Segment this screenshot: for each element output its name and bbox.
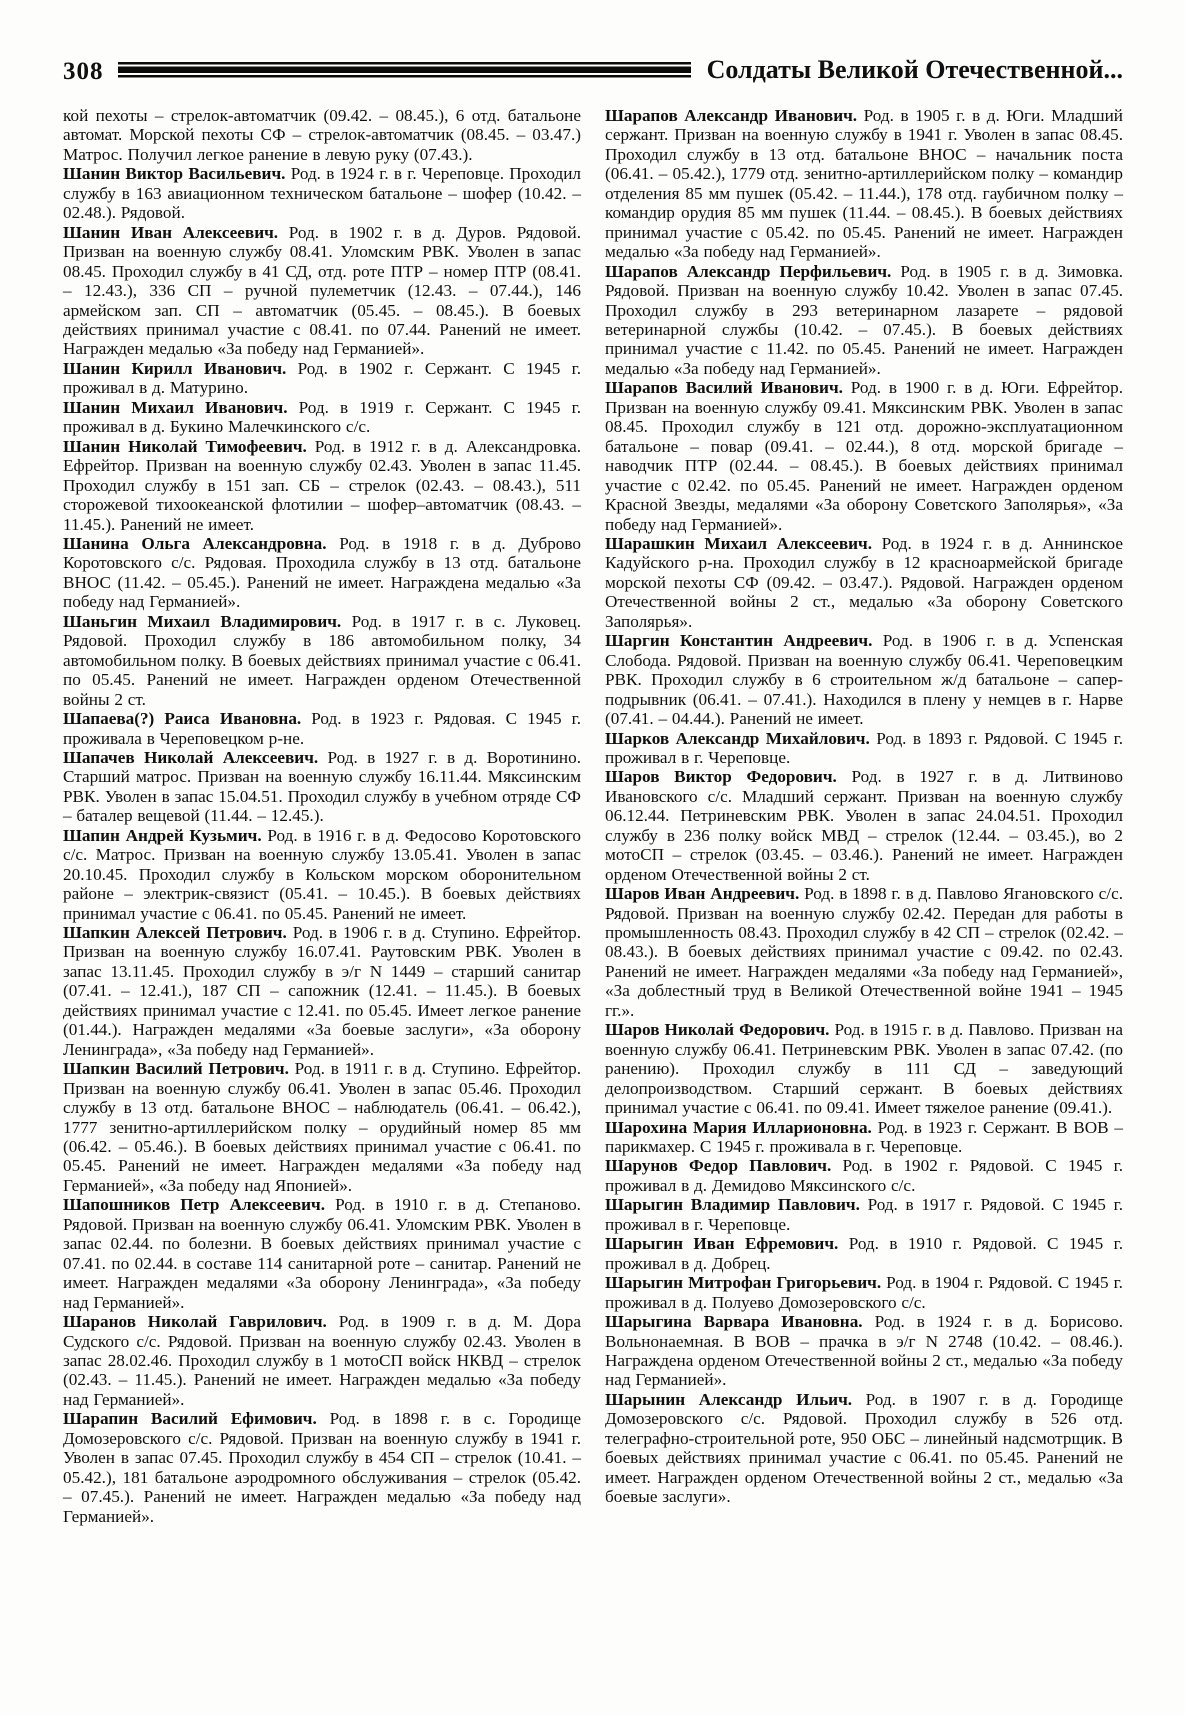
soldier-entry: Шанин Виктор Васильевич. Род. в 1924 г. … xyxy=(63,164,581,222)
soldier-entry: Шарыгина Варвара Ивановна. Род. в 1924 г… xyxy=(605,1312,1123,1390)
soldier-name: Шапкин Алексей Петрович. xyxy=(63,923,287,942)
soldier-name: Шапкин Василий Петрович. xyxy=(63,1059,289,1078)
text-columns: кой пехоты – стрелок-автоматчик (09.42. … xyxy=(63,106,1123,1526)
soldier-name: Шарунов Федор Павлович. xyxy=(605,1156,831,1175)
soldier-name: Шаньгин Михаил Владимирович. xyxy=(63,612,341,631)
soldier-entry: Шапаева(?) Раиса Ивановна. Род. в 1923 г… xyxy=(63,709,581,748)
soldier-entry: Шарапов Александр Иванович. Род. в 1905 … xyxy=(605,106,1123,262)
soldier-name: Шапаева(?) Раиса Ивановна. xyxy=(63,709,301,728)
soldier-entry: Шарыгин Митрофан Григорьевич. Род. в 190… xyxy=(605,1273,1123,1312)
soldier-bio-text: Род. в 1902 г. в д. Дуров. Рядовой. Приз… xyxy=(63,223,581,359)
soldier-name: Шанин Михаил Иванович. xyxy=(63,398,288,417)
soldier-entry: Шарыгин Иван Ефремович. Род. в 1910 г. Р… xyxy=(605,1234,1123,1273)
soldier-bio-text: Род. в 1900 г. в д. Юги. Ефрейтор. Призв… xyxy=(605,378,1123,533)
soldier-name: Шарыгин Владимир Павлович. xyxy=(605,1195,860,1214)
soldier-entry: Шарохина Мария Илларионовна. Род. в 1923… xyxy=(605,1118,1123,1157)
soldier-name: Шаров Виктор Федорович. xyxy=(605,767,837,786)
soldier-name: Шарапин Василий Ефимович. xyxy=(63,1409,317,1428)
soldier-entry: Шаров Иван Андреевич. Род. в 1898 г. в д… xyxy=(605,884,1123,1020)
soldier-name: Шаров Николай Федорович. xyxy=(605,1020,829,1039)
soldier-entry: Шанина Ольга Александровна. Род. в 1918 … xyxy=(63,534,581,612)
left-column: кой пехоты – стрелок-автоматчик (09.42. … xyxy=(63,106,581,1526)
soldier-entry: Шарынин Александр Ильич. Род. в 1907 г. … xyxy=(605,1390,1123,1507)
page-number: 308 xyxy=(63,58,104,86)
soldier-name: Шапачев Николай Алексеевич. xyxy=(63,748,318,767)
soldier-name: Шарапов Александр Иванович. xyxy=(605,106,857,125)
soldier-name: Шарапов Василий Иванович. xyxy=(605,378,843,397)
soldier-name: Шарохина Мария Илларионовна. xyxy=(605,1118,872,1137)
soldier-name: Шанина Ольга Александровна. xyxy=(63,534,327,553)
soldier-entry: Шарапов Александр Перфильевич. Род. в 19… xyxy=(605,262,1123,379)
soldier-entry: Шарапин Василий Ефимович. Род. в 1898 г.… xyxy=(63,1409,581,1526)
header-rule xyxy=(118,62,691,78)
soldier-bio-text: Род. в 1898 г. в д. Павлово Ягановского … xyxy=(605,884,1123,1020)
page-header: 308 Солдаты Великой Отечественной... xyxy=(63,52,1123,88)
soldier-entry: Шаров Виктор Федорович. Род. в 1927 г. в… xyxy=(605,767,1123,884)
soldier-bio-text: Род. в 1911 г. в д. Ступино. Ефрейтор. П… xyxy=(63,1059,581,1195)
soldier-name: Шапошников Петр Алексеевич. xyxy=(63,1195,325,1214)
soldier-name: Шанин Кирилл Иванович. xyxy=(63,359,286,378)
page-title: Солдаты Великой Отечественной... xyxy=(707,55,1123,85)
soldier-bio-text: Род. в 1905 г. в д. Юги. Младший сержант… xyxy=(605,106,1123,261)
soldier-entry: кой пехоты – стрелок-автоматчик (09.42. … xyxy=(63,106,581,164)
soldier-entry: Шарапов Василий Иванович. Род. в 1900 г.… xyxy=(605,378,1123,534)
soldier-name: Шанин Николай Тимофеевич. xyxy=(63,437,307,456)
soldier-name: Шаргин Константин Андреевич. xyxy=(605,631,872,650)
soldier-name: Шанин Виктор Васильевич. xyxy=(63,164,285,183)
soldier-entry: Шанин Иван Алексеевич. Род. в 1902 г. в … xyxy=(63,223,581,359)
soldier-name: Шарынин Александр Ильич. xyxy=(605,1390,852,1409)
soldier-entry: Шапачев Николай Алексеевич. Род. в 1927 … xyxy=(63,748,581,826)
soldier-name: Шанин Иван Алексеевич. xyxy=(63,223,278,242)
soldier-name: Шарыгин Митрофан Григорьевич. xyxy=(605,1273,881,1292)
soldier-name: Шаранов Николай Гаврилович. xyxy=(63,1312,327,1331)
soldier-entry: Шанин Николай Тимофеевич. Род. в 1912 г.… xyxy=(63,437,581,534)
soldier-entry: Шапин Андрей Кузьмич. Род. в 1916 г. в д… xyxy=(63,826,581,923)
soldier-bio-text: кой пехоты – стрелок-автоматчик (09.42. … xyxy=(63,106,581,164)
soldier-entry: Шарашкин Михаил Алексеевич. Род. в 1924 … xyxy=(605,534,1123,631)
soldier-entry: Шаранов Николай Гаврилович. Род. в 1909 … xyxy=(63,1312,581,1409)
soldier-entry: Шаргин Константин Андреевич. Род. в 1906… xyxy=(605,631,1123,728)
soldier-bio-text: Род. в 1906 г. в д. Ступино. Ефрейтор. П… xyxy=(63,923,581,1059)
soldier-entry: Шапкин Василий Петрович. Род. в 1911 г. … xyxy=(63,1059,581,1195)
soldier-name: Шарков Александр Михайлович. xyxy=(605,729,870,748)
soldier-entry: Шанин Михаил Иванович. Род. в 1919 г. Се… xyxy=(63,398,581,437)
soldier-name: Шарашкин Михаил Алексеевич. xyxy=(605,534,872,553)
soldier-entry: Шарунов Федор Павлович. Род. в 1902 г. Р… xyxy=(605,1156,1123,1195)
soldier-entry: Шаньгин Михаил Владимирович. Род. в 1917… xyxy=(63,612,581,709)
soldier-entry: Шанин Кирилл Иванович. Род. в 1902 г. Се… xyxy=(63,359,581,398)
soldier-name: Шаров Иван Андреевич. xyxy=(605,884,799,903)
right-column: Шарапов Александр Иванович. Род. в 1905 … xyxy=(605,106,1123,1526)
book-page: 308 Солдаты Великой Отечественной... кой… xyxy=(0,0,1185,1526)
soldier-entry: Шапошников Петр Алексеевич. Род. в 1910 … xyxy=(63,1195,581,1312)
soldier-name: Шарыгин Иван Ефремович. xyxy=(605,1234,838,1253)
soldier-name: Шарыгина Варвара Ивановна. xyxy=(605,1312,863,1331)
soldier-entry: Шарыгин Владимир Павлович. Род. в 1917 г… xyxy=(605,1195,1123,1234)
soldier-entry: Шаров Николай Федорович. Род. в 1915 г. … xyxy=(605,1020,1123,1117)
soldier-name: Шапин Андрей Кузьмич. xyxy=(63,826,262,845)
soldier-name: Шарапов Александр Перфильевич. xyxy=(605,262,891,281)
soldier-entry: Шапкин Алексей Петрович. Род. в 1906 г. … xyxy=(63,923,581,1059)
soldier-entry: Шарков Александр Михайлович. Род. в 1893… xyxy=(605,729,1123,768)
